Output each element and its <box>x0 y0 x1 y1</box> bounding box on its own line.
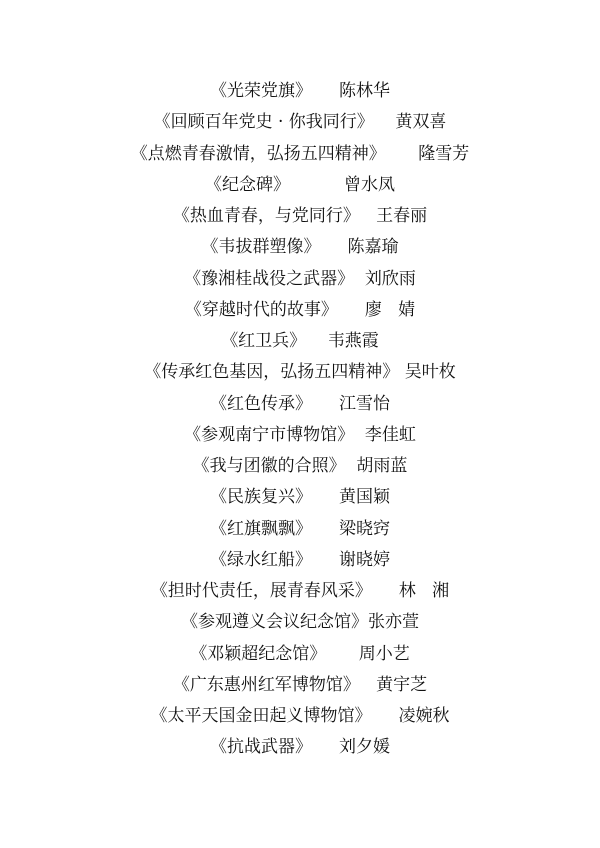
spacer <box>326 644 358 664</box>
work-title: 《抗战武器》 <box>210 737 312 757</box>
spacer <box>306 331 328 351</box>
list-item: 《红色传承》 江雪怡 <box>0 389 600 420</box>
author-name: 隆雪芳 <box>418 144 469 164</box>
list-item: 《抗战武器》 刘夕媛 <box>0 732 600 763</box>
list-item: 《点燃青春激情，弘扬五四精神》 隆雪芳 <box>0 139 600 170</box>
spacer <box>312 81 339 101</box>
list-item: 《纪念碑》 曾水凤 <box>0 170 600 201</box>
author-name: 陈林华 <box>339 81 390 101</box>
work-title: 《绿水红船》 <box>210 550 312 570</box>
list-item: 《广东惠州红军博物馆》 黄宇芝 <box>0 670 600 701</box>
spacer <box>372 581 399 601</box>
author-name: 林 湘 <box>399 581 449 601</box>
author-name: 陈嘉瑜 <box>348 237 399 257</box>
list-item: 《光荣党旗》 陈林华 <box>0 76 600 107</box>
work-title: 《参观南宁市博物馆》 <box>184 425 354 445</box>
work-title: 《传承红色基因，弘扬五四精神》 <box>144 362 399 382</box>
list-item: 《太平天国金田起义博物馆》 凌婉秋 <box>0 701 600 732</box>
entry-list: 《光荣党旗》 陈林华《回顾百年党史 · 你我同行》 黄双喜《点燃青春激情，弘扬五… <box>0 76 600 764</box>
work-title: 《点燃青春激情，弘扬五四精神》 <box>131 144 386 164</box>
author-name: 韦燕霞 <box>328 331 379 351</box>
spacer <box>346 456 357 476</box>
work-title: 《纪念碑》 <box>205 175 290 195</box>
work-title: 《红卫兵》 <box>221 331 306 351</box>
author-name: 吴叶枚 <box>405 362 456 382</box>
list-item: 《邓颖超纪念馆》 周小艺 <box>0 639 600 670</box>
author-name: 曾水凤 <box>344 175 395 195</box>
author-name: 黄宇芝 <box>376 675 427 695</box>
spacer <box>354 269 365 289</box>
work-title: 《我与团徽的合照》 <box>193 456 346 476</box>
author-name: 凌婉秋 <box>399 706 450 726</box>
work-title: 《穿越时代的故事》 <box>185 300 338 320</box>
work-title: 《光荣党旗》 <box>210 81 312 101</box>
spacer <box>360 206 376 226</box>
work-title: 《民族复兴》 <box>210 487 312 507</box>
list-item: 《豫湘桂战役之武器》 刘欣雨 <box>0 264 600 295</box>
list-item: 《担时代责任，展青春风采》 林 湘 <box>0 576 600 607</box>
list-item: 《回顾百年党史 · 你我同行》 黄双喜 <box>0 107 600 138</box>
work-title: 《红色传承》 <box>210 394 312 414</box>
list-item: 《绿水红船》 谢晓婷 <box>0 545 600 576</box>
list-item: 《参观南宁市博物馆》 李佳虹 <box>0 420 600 451</box>
spacer <box>374 112 396 132</box>
spacer <box>312 487 339 507</box>
work-title: 《热血青春，与党同行》 <box>173 206 360 226</box>
work-title: 《担时代责任，展青春风采》 <box>151 581 372 601</box>
work-title: 《邓颖超纪念馆》 <box>190 644 326 664</box>
list-item: 《我与团徽的合照》 胡雨蓝 <box>0 451 600 482</box>
list-item: 《民族复兴》 黄国颖 <box>0 482 600 513</box>
author-name: 周小艺 <box>359 644 410 664</box>
work-title: 《豫湘桂战役之武器》 <box>184 269 354 289</box>
author-name: 黄双喜 <box>395 112 446 132</box>
spacer <box>338 300 365 320</box>
author-name: 刘欣雨 <box>365 269 416 289</box>
author-name: 江雪怡 <box>339 394 390 414</box>
list-item: 《红卫兵》 韦燕霞 <box>0 326 600 357</box>
work-title: 《回顾百年党史 · 你我同行》 <box>154 112 374 132</box>
work-title: 《韦拔群塑像》 <box>201 237 320 257</box>
list-item: 《韦拔群塑像》 陈嘉瑜 <box>0 232 600 263</box>
spacer <box>354 425 365 445</box>
list-item: 《参观遵义会议纪念馆》张亦萱 <box>0 607 600 638</box>
spacer <box>386 144 418 164</box>
spacer <box>312 737 339 757</box>
author-name: 刘夕媛 <box>339 737 390 757</box>
author-name: 梁晓窍 <box>339 519 390 539</box>
list-item: 《穿越时代的故事》 廖 婧 <box>0 295 600 326</box>
list-item: 《传承红色基因，弘扬五四精神》 吴叶枚 <box>0 357 600 388</box>
spacer <box>312 394 339 414</box>
author-name: 张亦萱 <box>368 612 419 632</box>
work-title: 《参观遵义会议纪念馆》 <box>181 612 368 632</box>
spacer <box>312 519 339 539</box>
list-item: 《红旗飘飘》 梁晓窍 <box>0 514 600 545</box>
spacer <box>290 175 344 195</box>
author-name: 廖 婧 <box>365 300 415 320</box>
author-name: 谢晓婷 <box>339 550 390 570</box>
spacer <box>320 237 347 257</box>
author-name: 李佳虹 <box>365 425 416 445</box>
list-item: 《热血青春，与党同行》 王春丽 <box>0 201 600 232</box>
spacer <box>360 675 376 695</box>
author-name: 黄国颖 <box>339 487 390 507</box>
author-name: 王春丽 <box>376 206 427 226</box>
spacer <box>371 706 398 726</box>
author-name: 胡雨蓝 <box>356 456 407 476</box>
work-title: 《广东惠州红军博物馆》 <box>173 675 360 695</box>
work-title: 《红旗飘飘》 <box>210 519 312 539</box>
spacer <box>312 550 339 570</box>
work-title: 《太平天国金田起义博物馆》 <box>150 706 371 726</box>
